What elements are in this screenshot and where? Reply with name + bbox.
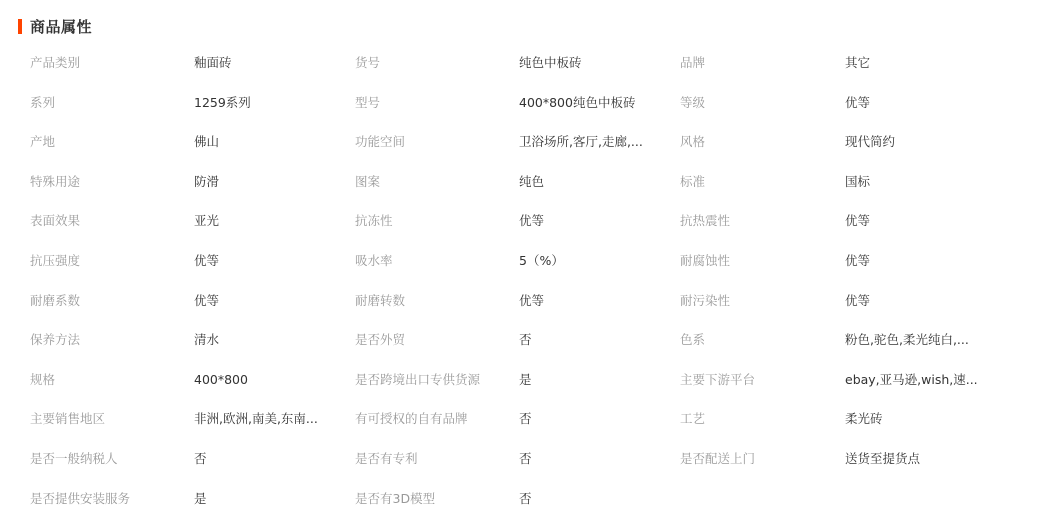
attribute-value: 是	[519, 369, 532, 391]
attribute-label: 是否有专利	[355, 448, 418, 470]
attribute-label: 等级	[680, 92, 705, 114]
attribute-value: 釉面砖	[194, 52, 232, 74]
attribute-value: 粉色,驼色,柔光纯白,...	[845, 329, 969, 351]
attribute-value: 400*800	[194, 369, 248, 391]
attribute-row: 表面效果 亚光 抗冻性 优等 抗热震性 优等	[30, 210, 1030, 250]
attribute-label: 耐磨系数	[30, 290, 80, 312]
attribute-label: 主要下游平台	[680, 369, 755, 391]
attribute-row: 规格 400*800 是否跨境出口专供货源 是 主要下游平台 ebay,亚马逊,…	[30, 369, 1030, 409]
attribute-label: 规格	[30, 369, 55, 391]
attribute-value: 是	[194, 488, 207, 510]
attribute-row: 是否一般纳税人 否 是否有专利 否 是否配送上门 送货至提货点	[30, 448, 1030, 488]
attribute-label: 是否跨境出口专供货源	[355, 369, 480, 391]
section-header: 商品属性	[18, 16, 92, 36]
attribute-value: ebay,亚马逊,wish,速...	[845, 369, 978, 391]
attribute-label: 风格	[680, 131, 705, 153]
attribute-label: 抗冻性	[355, 210, 393, 232]
attribute-row: 耐磨系数 优等 耐磨转数 优等 耐污染性 优等	[30, 290, 1030, 330]
attribute-value: 防滑	[194, 171, 219, 193]
attribute-row: 系列 1259系列 型号 400*800纯色中板砖 等级 优等	[30, 92, 1030, 132]
attribute-value: 优等	[194, 290, 219, 312]
attribute-label: 耐磨转数	[355, 290, 405, 312]
attribute-value: 否	[519, 448, 532, 470]
attribute-row: 抗压强度 优等 吸水率 5（%） 耐腐蚀性 优等	[30, 250, 1030, 290]
section-title: 商品属性	[30, 16, 92, 37]
attribute-value: 其它	[845, 52, 870, 74]
attribute-label: 型号	[355, 92, 380, 114]
attribute-label: 是否一般纳税人	[30, 448, 118, 470]
attribute-value: 佛山	[194, 131, 219, 153]
attribute-value: 1259系列	[194, 92, 251, 114]
attribute-row: 主要销售地区 非洲,欧洲,南美,东南... 有可授权的自有品牌 否 工艺 柔光砖	[30, 408, 1030, 448]
attribute-label: 图案	[355, 171, 380, 193]
attribute-label: 产品类别	[30, 52, 80, 74]
attribute-label: 耐腐蚀性	[680, 250, 730, 272]
attribute-label: 货号	[355, 52, 380, 74]
attribute-label: 抗热震性	[680, 210, 730, 232]
attribute-label: 是否有3D模型	[355, 488, 435, 510]
attribute-label: 有可授权的自有品牌	[355, 408, 468, 430]
attribute-value: 否	[519, 408, 532, 430]
attribute-value: 亚光	[194, 210, 219, 232]
attribute-value: 5（%）	[519, 250, 564, 272]
attribute-label: 产地	[30, 131, 55, 153]
attribute-value: 否	[194, 448, 207, 470]
attribute-label: 表面效果	[30, 210, 80, 232]
attribute-value: 优等	[519, 210, 544, 232]
attribute-value: 优等	[845, 290, 870, 312]
attribute-label: 耐污染性	[680, 290, 730, 312]
attribute-label: 主要销售地区	[30, 408, 105, 430]
attribute-label: 特殊用途	[30, 171, 80, 193]
attribute-label: 标准	[680, 171, 705, 193]
attribute-value: 否	[519, 488, 532, 510]
attribute-label: 抗压强度	[30, 250, 80, 272]
attribute-label: 吸水率	[355, 250, 393, 272]
attribute-value: 清水	[194, 329, 219, 351]
attribute-value: 优等	[194, 250, 219, 272]
attribute-value: 卫浴场所,客厅,走廊,...	[519, 131, 643, 153]
attribute-value: 优等	[845, 92, 870, 114]
attribute-value: 柔光砖	[845, 408, 883, 430]
attribute-label: 是否配送上门	[680, 448, 755, 470]
attribute-value: 送货至提货点	[845, 448, 920, 470]
attribute-row: 产地 佛山 功能空间 卫浴场所,客厅,走廊,... 风格 现代简约	[30, 131, 1030, 171]
attribute-value: 优等	[519, 290, 544, 312]
attribute-label: 是否提供安装服务	[30, 488, 130, 510]
attribute-value: 非洲,欧洲,南美,东南...	[194, 408, 318, 430]
attribute-label: 保养方法	[30, 329, 80, 351]
attribute-label: 功能空间	[355, 131, 405, 153]
attribute-row: 产品类别 釉面砖 货号 纯色中板砖 品牌 其它	[30, 52, 1030, 92]
attribute-label: 系列	[30, 92, 55, 114]
attribute-value: 优等	[845, 210, 870, 232]
attribute-label: 品牌	[680, 52, 705, 74]
attribute-value: 否	[519, 329, 532, 351]
attribute-label: 工艺	[680, 408, 705, 430]
attribute-value: 纯色	[519, 171, 544, 193]
attribute-value: 现代简约	[845, 131, 895, 153]
attribute-value: 优等	[845, 250, 870, 272]
attribute-row: 是否提供安装服务 是 是否有3D模型 否	[30, 488, 1030, 528]
attribute-label: 色系	[680, 329, 705, 351]
attribute-row: 特殊用途 防滑 图案 纯色 标准 国标	[30, 171, 1030, 211]
attribute-label: 是否外贸	[355, 329, 405, 351]
accent-bar	[18, 19, 22, 34]
attribute-value: 国标	[845, 171, 870, 193]
attribute-value: 纯色中板砖	[519, 52, 582, 74]
attribute-row: 保养方法 清水 是否外贸 否 色系 粉色,驼色,柔光纯白,...	[30, 329, 1030, 369]
attribute-grid: 产品类别 釉面砖 货号 纯色中板砖 品牌 其它 系列 1259系列 型号 400…	[30, 52, 1030, 527]
attribute-value: 400*800纯色中板砖	[519, 92, 635, 114]
